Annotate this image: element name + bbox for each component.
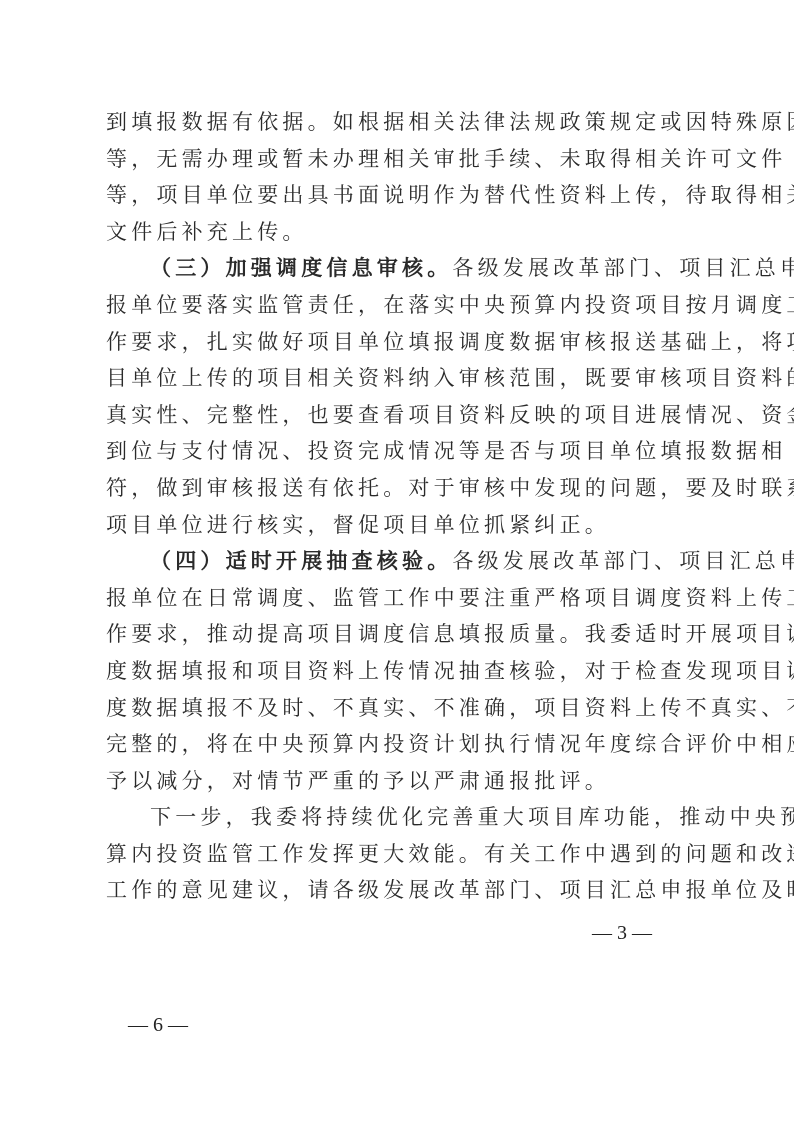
line-text: 报单位在日常调度、监管工作中要注重严格项目调度资料上传工 xyxy=(106,586,794,610)
text-line: 下一步，我委将持续优化完善重大项目库功能，推动中央预 xyxy=(106,799,658,836)
body-text: 到填报数据有依据。如根据相关法律法规政策规定或因特殊原因等，无需办理或暂未办理相… xyxy=(106,104,658,909)
line-text: 真实性、完整性，也要查看项目资料反映的项目进展情况、资金 xyxy=(106,403,794,427)
line-text: 工作的意见建议，请各级发展改革部门、项目汇总申报单位及时 xyxy=(106,878,794,902)
section-heading: （三）加强调度信息审核。 xyxy=(150,255,452,280)
text-line: 文件后补充上传。 xyxy=(106,214,658,251)
line-text: 报单位要落实监管责任，在落实中央预算内投资项目按月调度工 xyxy=(106,293,794,317)
line-text: 作要求，扎实做好项目单位填报调度数据审核报送基础上，将项 xyxy=(106,330,794,354)
line-text: 度数据填报和项目资料上传情况抽查核验，对于检查发现项目调 xyxy=(106,659,794,683)
text-line: 度数据填报和项目资料上传情况抽查核验，对于检查发现项目调 xyxy=(106,653,658,690)
line-text: 各级发展改革部门、项目汇总申 xyxy=(452,549,794,573)
line-text: 度数据填报不及时、不真实、不准确，项目资料上传不真实、不 xyxy=(106,696,794,720)
line-text: 作要求，推动提高项目调度信息填报质量。我委适时开展项目调 xyxy=(106,622,794,646)
text-line: 工作的意见建议，请各级发展改革部门、项目汇总申报单位及时 xyxy=(106,872,658,909)
text-line: 度数据填报不及时、不真实、不准确，项目资料上传不真实、不 xyxy=(106,690,658,727)
line-text: 各级发展改革部门、项目汇总申 xyxy=(452,256,794,280)
line-text: 等，无需办理或暂未办理相关审批手续、未取得相关许可文件 xyxy=(106,147,786,171)
text-line: （三）加强调度信息审核。各级发展改革部门、项目汇总申 xyxy=(106,250,658,287)
text-line: 报单位要落实监管责任，在落实中央预算内投资项目按月调度工 xyxy=(106,287,658,324)
line-text: 算内投资监管工作发挥更大效能。有关工作中遇到的问题和改进 xyxy=(106,842,794,866)
line-text: 项目单位进行核实，督促项目单位抓紧纠正。 xyxy=(106,513,610,537)
line-text: 符，做到审核报送有依托。对于审核中发现的问题，要及时联系 xyxy=(106,476,794,500)
text-line: 目单位上传的项目相关资料纳入审核范围，既要审核项目资料的 xyxy=(106,360,658,397)
line-text: 完整的，将在中央预算内投资计划执行情况年度综合评价中相应 xyxy=(106,732,794,756)
document-page: 到填报数据有依据。如根据相关法律法规政策规定或因特殊原因等，无需办理或暂未办理相… xyxy=(0,0,794,1123)
line-text: 文件后补充上传。 xyxy=(106,220,308,244)
text-line: 到位与支付情况、投资完成情况等是否与项目单位填报数据相 xyxy=(106,433,658,470)
line-text: 目单位上传的项目相关资料纳入审核范围，既要审核项目资料的 xyxy=(106,366,794,390)
line-text: 到位与支付情况、投资完成情况等是否与项目单位填报数据相 xyxy=(106,439,786,463)
section-heading: （四）适时开展抽查核验。 xyxy=(150,548,452,573)
text-line: 符，做到审核报送有依托。对于审核中发现的问题，要及时联系 xyxy=(106,470,658,507)
text-line: 完整的，将在中央预算内投资计划执行情况年度综合评价中相应 xyxy=(106,726,658,763)
text-line: 报单位在日常调度、监管工作中要注重严格项目调度资料上传工 xyxy=(106,580,658,617)
line-text: 下一步，我委将持续优化完善重大项目库功能，推动中央预 xyxy=(150,805,794,829)
text-line: 等，无需办理或暂未办理相关审批手续、未取得相关许可文件 xyxy=(106,141,658,178)
line-text: 予以减分，对情节严重的予以严肃通报批评。 xyxy=(106,769,610,793)
text-line: （四）适时开展抽查核验。各级发展改革部门、项目汇总申 xyxy=(106,543,658,580)
text-line: 项目单位进行核实，督促项目单位抓紧纠正。 xyxy=(106,507,658,544)
text-line: 等，项目单位要出具书面说明作为替代性资料上传，待取得相关 xyxy=(106,177,658,214)
text-line: 真实性、完整性，也要查看项目资料反映的项目进展情况、资金 xyxy=(106,397,658,434)
text-line: 作要求，推动提高项目调度信息填报质量。我委适时开展项目调 xyxy=(106,616,658,653)
text-line: 予以减分，对情节严重的予以严肃通报批评。 xyxy=(106,763,658,800)
text-line: 算内投资监管工作发挥更大效能。有关工作中遇到的问题和改进 xyxy=(106,836,658,873)
line-text: 等，项目单位要出具书面说明作为替代性资料上传，待取得相关 xyxy=(106,183,794,207)
inner-page-number: — 3 — xyxy=(592,922,652,945)
text-line: 到填报数据有依据。如根据相关法律法规政策规定或因特殊原因 xyxy=(106,104,658,141)
text-line: 作要求，扎实做好项目单位填报调度数据审核报送基础上，将项 xyxy=(106,324,658,361)
line-text: 到填报数据有依据。如根据相关法律法规政策规定或因特殊原因 xyxy=(106,110,794,134)
outer-page-number: — 6 — xyxy=(128,1014,188,1037)
